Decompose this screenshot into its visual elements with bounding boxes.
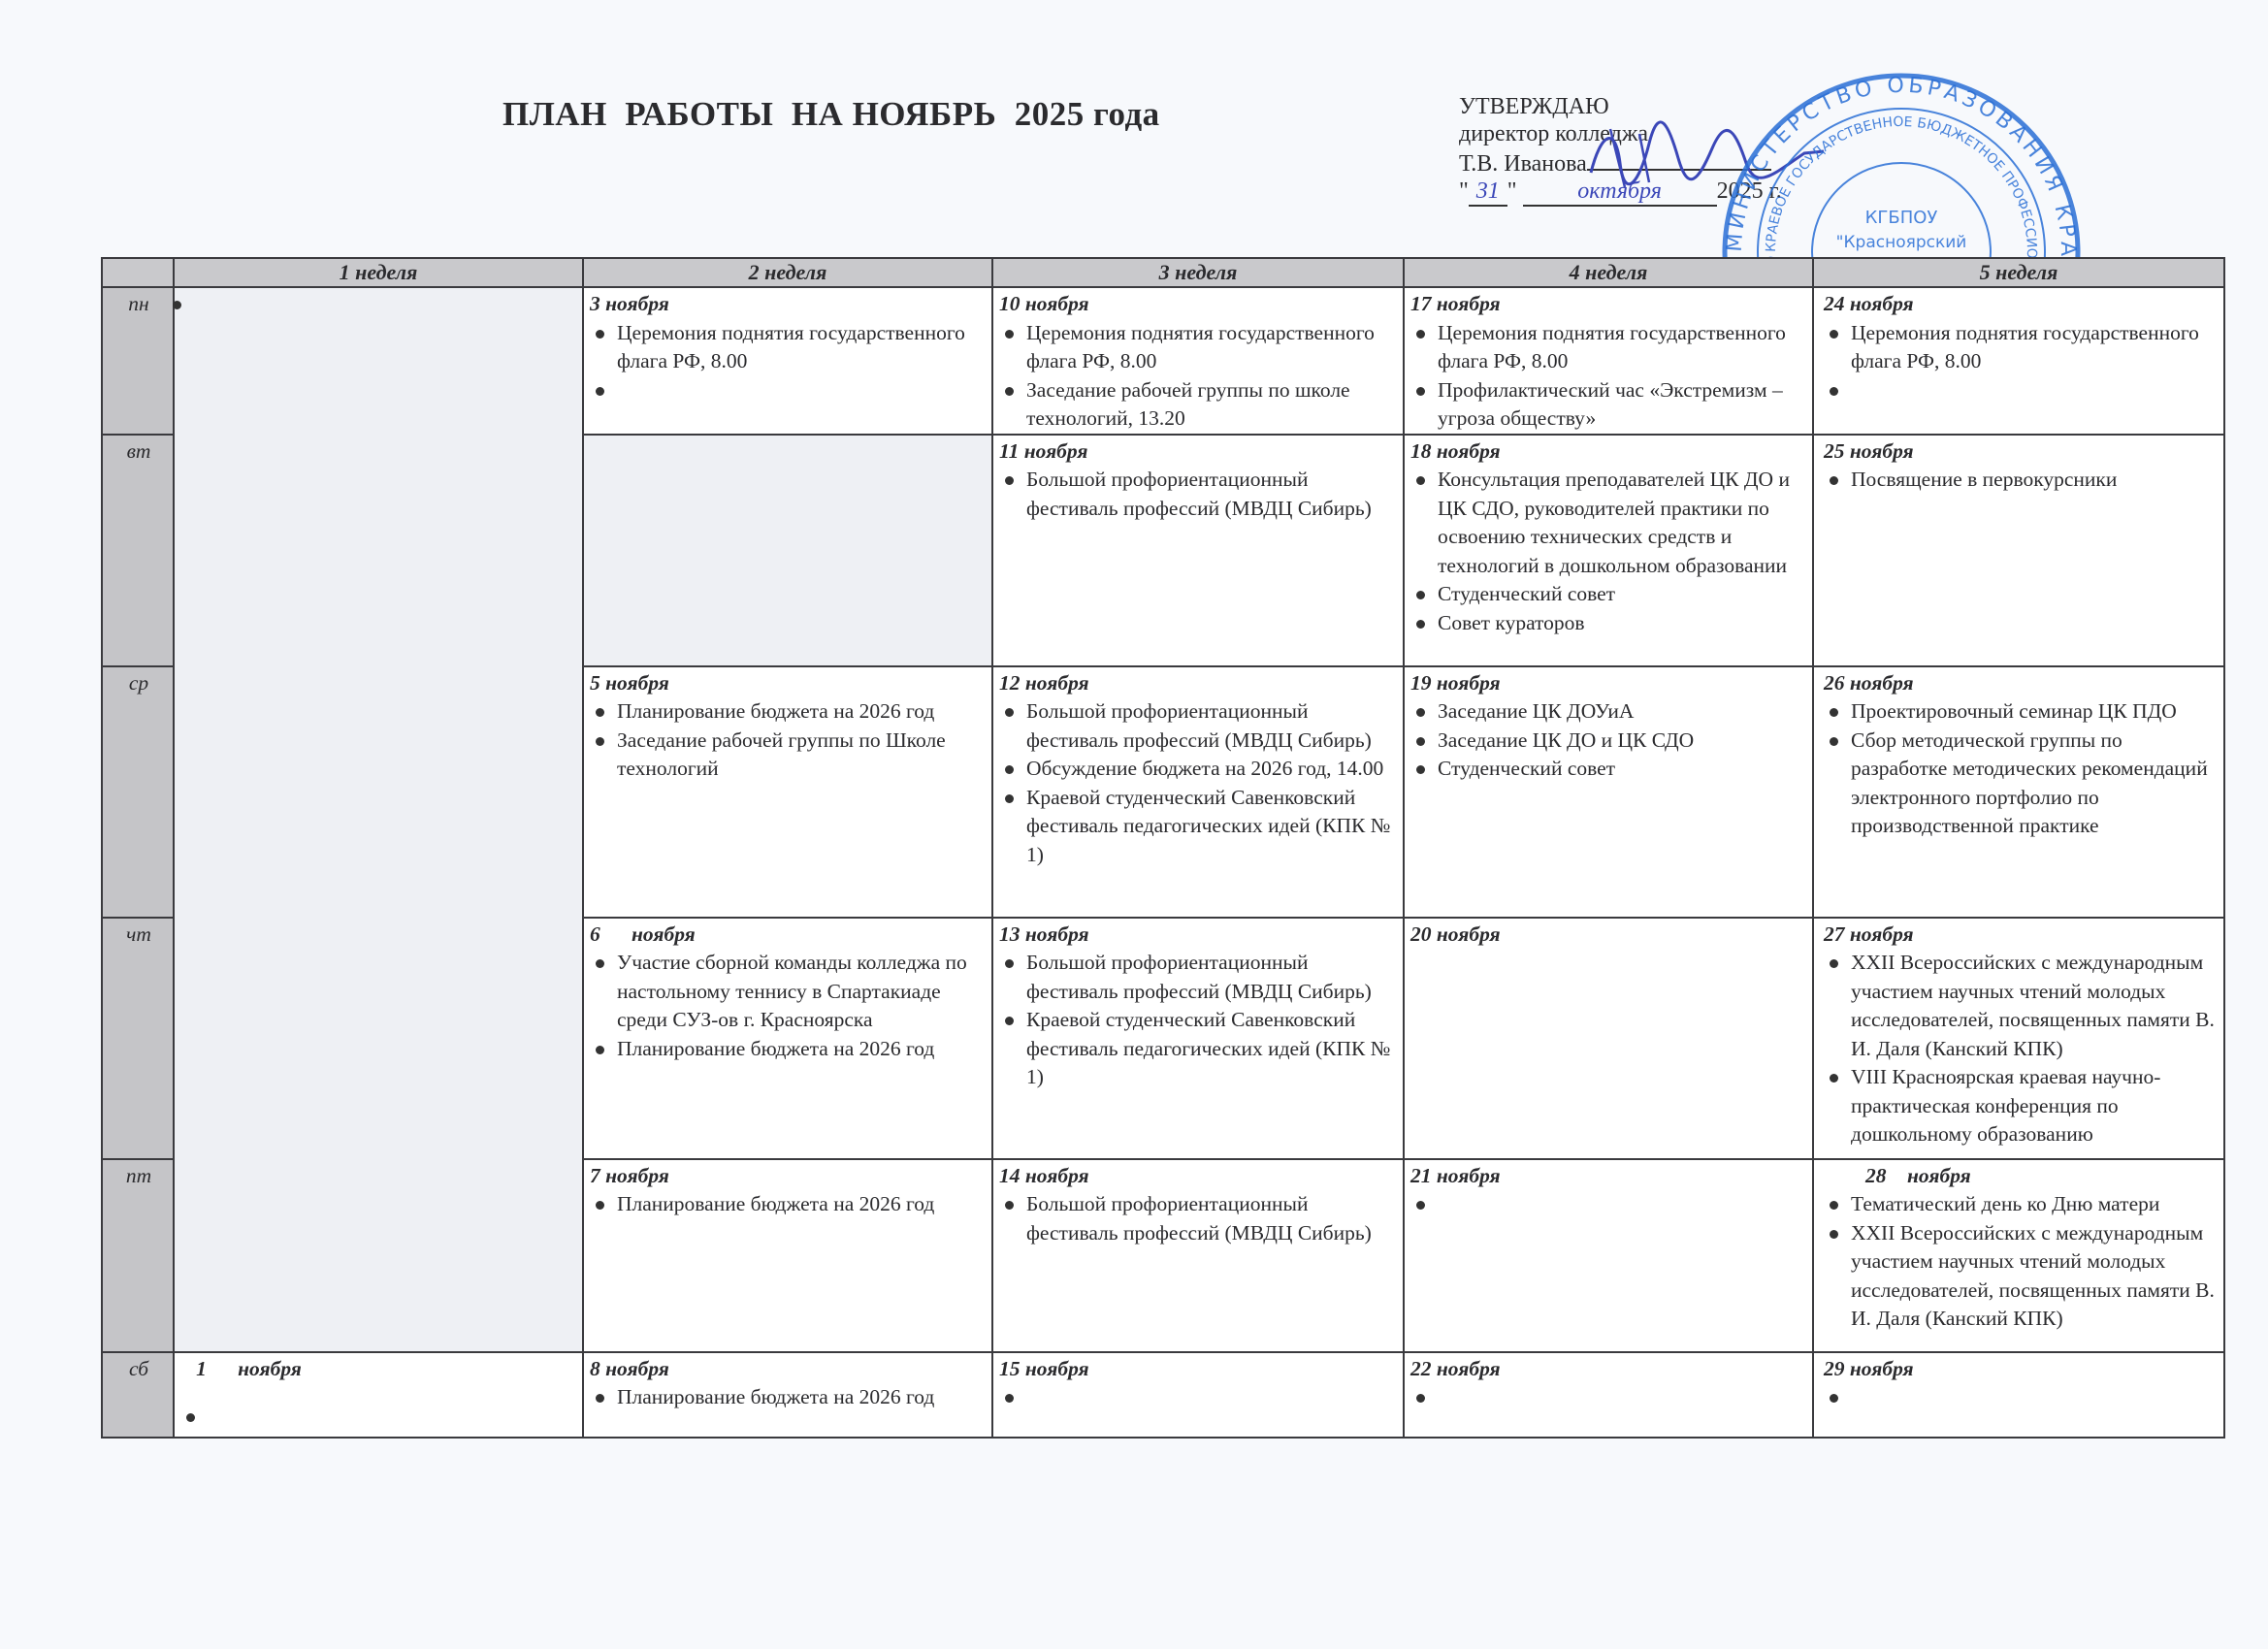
event-item: Заседание рабочей группы по школе технол…	[1026, 376, 1399, 434]
cell-date: 14 ноября	[999, 1162, 1399, 1191]
event-item	[617, 376, 988, 404]
plan-cell: 21 ноября	[1404, 1159, 1813, 1352]
day-label: пт	[102, 1159, 174, 1352]
event-item: Церемония поднятия государственного флаг…	[617, 319, 988, 376]
event-item: Краевой студенческий Савенковский фестив…	[1026, 1006, 1399, 1092]
cell-date: 21 ноября	[1410, 1162, 1808, 1191]
plan-cell: 18 ноябряКонсультация преподавателей ЦК …	[1404, 435, 1813, 666]
plan-cell: 3 ноябряЦеремония поднятия государственн…	[583, 287, 992, 435]
event-list: Участие сборной команды колледжа по наст…	[590, 949, 988, 1063]
plan-cell: 7 ноябряПланирование бюджета на 2026 год	[583, 1159, 992, 1352]
plan-cell	[583, 435, 992, 666]
cell-date: 3 ноября	[590, 290, 988, 319]
event-list: Большой профориентационный фестиваль про…	[999, 949, 1399, 1092]
event-list: Планирование бюджета на 2026 год	[590, 1383, 988, 1412]
week-header: 1 неделя	[174, 258, 583, 287]
week-header-row: 1 неделя 2 неделя 3 неделя 4 неделя 5 не…	[102, 258, 2224, 287]
event-list	[180, 1403, 578, 1431]
event-list: Планирование бюджета на 2026 годЗаседани…	[590, 697, 988, 784]
event-list	[999, 1383, 1399, 1411]
event-list: Большой профориентационный фестиваль про…	[999, 1190, 1399, 1247]
plan-cell: 6 ноября Участие сборной команды колледж…	[583, 918, 992, 1159]
cell-date: 22 ноября	[1410, 1355, 1808, 1384]
event-item: Планирование бюджета на 2026 год	[617, 1383, 988, 1412]
plan-cell: 19 ноябряЗаседание ЦК ДОУиАЗаседание ЦК …	[1404, 666, 1813, 918]
event-list: Заседание ЦК ДОУиАЗаседание ЦК ДО и ЦК С…	[1410, 697, 1808, 784]
event-item: Проектировочный семинар ЦК ПДО	[1851, 697, 2219, 727]
event-list	[180, 290, 578, 318]
event-item	[194, 290, 578, 318]
event-item: Церемония поднятия государственного флаг…	[1851, 319, 2219, 376]
event-list: Большой профориентационный фестиваль про…	[999, 697, 1399, 869]
event-list: Посвящение в первокурсники	[1824, 466, 2219, 495]
event-item: Заседание ЦК ДО и ЦК СДО	[1438, 727, 1808, 756]
event-item: Планирование бюджета на 2026 год	[617, 1190, 988, 1219]
event-item: Краевой студенческий Савенковский фестив…	[1026, 784, 1399, 870]
event-item: Большой профориентационный фестиваль про…	[1026, 697, 1399, 755]
event-item	[1851, 1383, 2219, 1411]
event-item: Студенческий совет	[1438, 580, 1808, 609]
plan-cell: 5 ноябряПланирование бюджета на 2026 год…	[583, 666, 992, 918]
cell-date: 18 ноября	[1410, 437, 1808, 467]
plan-cell: 15 ноября	[992, 1352, 1404, 1438]
event-item: XXII Всероссийских с международным участ…	[1851, 1219, 2219, 1334]
week-header: 4 неделя	[1404, 258, 1813, 287]
event-list: Планирование бюджета на 2026 год	[590, 1190, 988, 1219]
event-list: Проектировочный семинар ЦК ПДОСбор метод…	[1824, 697, 2219, 841]
event-item: Студенческий совет	[1438, 755, 1808, 784]
day-label: ср	[102, 666, 174, 918]
event-item: Посвящение в первокурсники	[1851, 466, 2219, 495]
event-list: Церемония поднятия государственного флаг…	[999, 319, 1399, 434]
plan-cell: 24 ноябряЦеремония поднятия государствен…	[1813, 287, 2224, 435]
event-item: Заседание рабочей группы по Школе технол…	[617, 727, 988, 784]
stamp-line-1: КГБПОУ	[1865, 208, 1938, 228]
event-item: Тематический день ко Дню матери	[1851, 1190, 2219, 1219]
event-item: Обсуждение бюджета на 2026 год, 14.00	[1026, 755, 1399, 784]
day-label: пн	[102, 287, 174, 435]
plan-cell: 8 ноябряПланирование бюджета на 2026 год	[583, 1352, 992, 1438]
approval-date-day: 31	[1469, 178, 1507, 207]
cell-date: 12 ноября	[999, 669, 1399, 698]
event-item: Профилактический час «Экстремизм – угроз…	[1438, 376, 1808, 434]
stamp-line-2: "Красноярский	[1836, 233, 1967, 252]
event-list	[1824, 1383, 2219, 1411]
cell-date: 10 ноября	[999, 290, 1399, 319]
plan-cell: 28 ноябряТематический день ко Дню матери…	[1813, 1159, 2224, 1352]
plan-cell: 12 ноябряБольшой профориентационный фест…	[992, 666, 1404, 918]
cell-date: 13 ноября	[999, 921, 1399, 950]
corner-cell	[102, 258, 174, 287]
event-item: Большой профориентационный фестиваль про…	[1026, 1190, 1399, 1247]
event-list	[1410, 1383, 1808, 1411]
event-list: Тематический день ко Дню материXXII Всер…	[1824, 1190, 2219, 1334]
cell-date: 20 ноября	[1410, 921, 1808, 950]
event-item: Совет кураторов	[1438, 609, 1808, 638]
day-label: вт	[102, 435, 174, 666]
approval-name: Т.В. Иванова	[1459, 151, 1587, 177]
event-item: Большой профориентационный фестиваль про…	[1026, 466, 1399, 523]
plan-cell: 17 ноябряЦеремония поднятия государствен…	[1404, 287, 1813, 435]
event-item	[208, 1403, 578, 1431]
cell-date: 15 ноября	[999, 1355, 1399, 1384]
cell-date: 28 ноября	[1824, 1162, 2219, 1191]
event-list	[1410, 1190, 1808, 1218]
plan-cell: 20 ноября	[1404, 918, 1813, 1159]
event-list: Консультация преподавателей ЦК ДО и ЦК С…	[1410, 466, 1808, 637]
event-item	[1438, 1383, 1808, 1411]
event-item: Церемония поднятия государственного флаг…	[1026, 319, 1399, 376]
cell-date: 7 ноября	[590, 1162, 988, 1191]
page-title: ПЛАН РАБОТЫ НА НОЯБРЬ 2025 года	[502, 95, 1160, 134]
cell-date: 27 ноября	[1824, 921, 2219, 950]
plan-cell: 14 ноябряБольшой профориентационный фест…	[992, 1159, 1404, 1352]
week-header: 2 неделя	[583, 258, 992, 287]
week-header: 3 неделя	[992, 258, 1404, 287]
event-item: Планирование бюджета на 2026 год	[617, 1035, 988, 1064]
plan-cell: 13 ноябряБольшой профориентационный фест…	[992, 918, 1404, 1159]
event-list: Большой профориентационный фестиваль про…	[999, 466, 1399, 523]
cell-date: 29 ноября	[1824, 1355, 2219, 1384]
event-item: VIII Красноярская краевая научно-практич…	[1851, 1063, 2219, 1149]
cell-date: 11 ноября	[999, 437, 1399, 467]
event-list: XXII Всероссийских с международным участ…	[1824, 949, 2219, 1149]
signature-icon	[1581, 114, 1833, 202]
cell-date: 17 ноября	[1410, 290, 1808, 319]
event-item: Большой профориентационный фестиваль про…	[1026, 949, 1399, 1006]
event-item: Планирование бюджета на 2026 год	[617, 697, 988, 727]
day-row: пн3 ноябряЦеремония поднятия государстве…	[102, 287, 2224, 435]
plan-cell: 22 ноября	[1404, 1352, 1813, 1438]
cell-date: 1 ноября	[180, 1355, 578, 1384]
day-label: сб	[102, 1352, 174, 1438]
week-header: 5 неделя	[1813, 258, 2224, 287]
event-item: Консультация преподавателей ЦК ДО и ЦК С…	[1438, 466, 1808, 580]
cell-date: 25 ноября	[1824, 437, 2219, 467]
cell-date: 19 ноября	[1410, 669, 1808, 698]
event-item: Сбор методической группы по разработке м…	[1851, 727, 2219, 841]
event-item	[1026, 1383, 1399, 1411]
event-item: Заседание ЦК ДОУиА	[1438, 697, 1808, 727]
plan-cell	[174, 287, 583, 1352]
cell-date: 5 ноября	[590, 669, 988, 698]
day-label: чт	[102, 918, 174, 1159]
plan-cell: 11 ноябряБольшой профориентационный фест…	[992, 435, 1404, 666]
plan-cell: 27 ноябряXXII Всероссийских с международ…	[1813, 918, 2224, 1159]
work-plan-table: 1 неделя 2 неделя 3 неделя 4 неделя 5 не…	[101, 257, 2225, 1439]
plan-cell: 25 ноябряПосвящение в первокурсники	[1813, 435, 2224, 666]
event-item: Участие сборной команды колледжа по наст…	[617, 949, 988, 1035]
event-item	[1851, 376, 2219, 404]
event-list: Церемония поднятия государственного флаг…	[1410, 319, 1808, 434]
day-row: сб 1 ноября8 ноябряПланирование бюджета …	[102, 1352, 2224, 1438]
cell-date: 26 ноября	[1824, 669, 2219, 698]
cell-date: 6 ноября	[590, 921, 988, 950]
event-list: Церемония поднятия государственного флаг…	[1824, 319, 2219, 404]
event-item: XXII Всероссийских с международным участ…	[1851, 949, 2219, 1063]
cell-date: 8 ноября	[590, 1355, 988, 1384]
plan-cell: 26 ноябряПроектировочный семинар ЦК ПДОС…	[1813, 666, 2224, 918]
plan-cell: 29 ноября	[1813, 1352, 2224, 1438]
plan-cell: 10 ноябряЦеремония поднятия государствен…	[992, 287, 1404, 435]
cell-date: 24 ноября	[1824, 290, 2219, 319]
plan-cell: 1 ноября	[174, 1352, 583, 1438]
event-list: Церемония поднятия государственного флаг…	[590, 319, 988, 404]
event-item: Церемония поднятия государственного флаг…	[1438, 319, 1808, 376]
event-item	[1438, 1190, 1808, 1218]
